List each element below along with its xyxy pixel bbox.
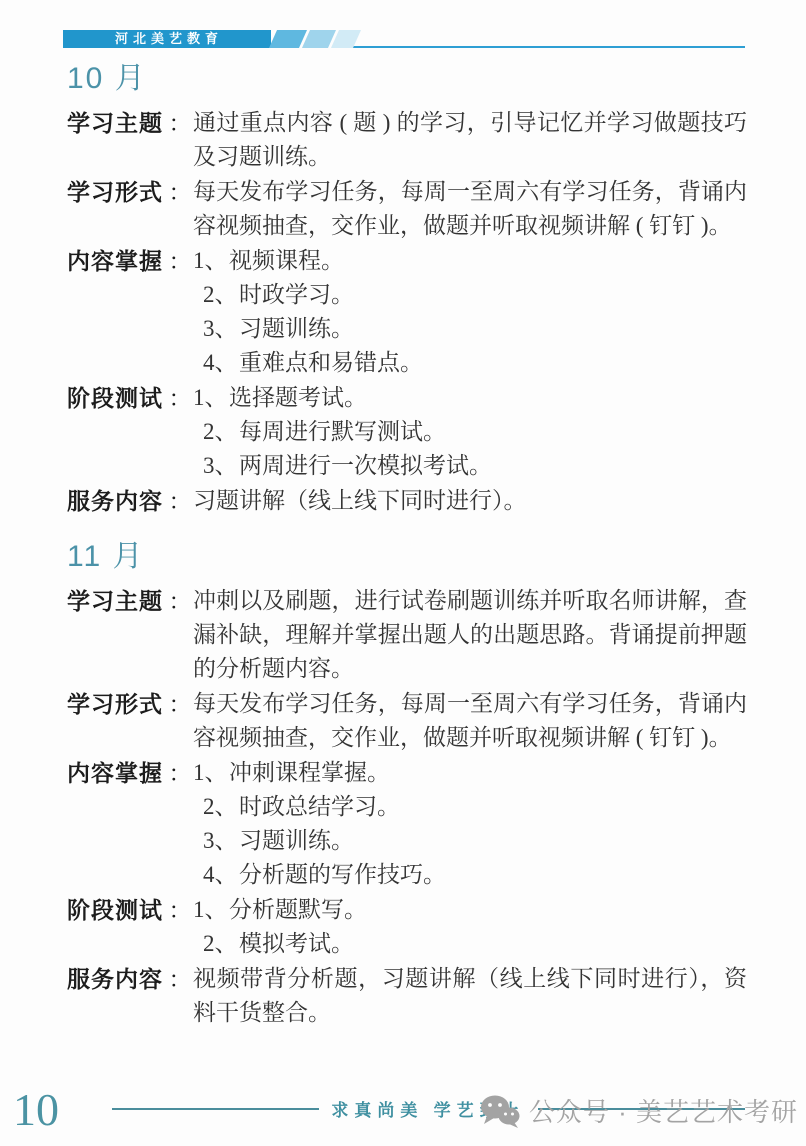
list-item: 3、 习题训练。: [203, 312, 747, 346]
item-number: 4、: [203, 346, 239, 380]
list-item: 1、 冲刺课程掌握。: [193, 756, 747, 790]
month-section-october: 10 月 学习主题 ： 通过重点内容 ( 题 ) 的学习，引导记忆并学习做题技巧…: [67, 60, 747, 518]
list-item: 3、 两周进行一次模拟考试。: [203, 449, 747, 483]
divider-line: [112, 1108, 319, 1110]
list-item: 1、 选择题考试。: [193, 381, 747, 415]
list-item: 4、 分析题的写作技巧。: [203, 858, 747, 892]
row-study-format: 学习形式 ： 每天发布学习任务，每周一至周六有学习任务，背诵内容视频抽查，交作业…: [67, 687, 747, 755]
row-content: 1、 分析题默写。 2、 模拟考试。: [193, 893, 747, 961]
row-content: 冲刺以及刷题，进行试卷刷题训练并听取名师讲解，查漏补缺，理解并掌握出题人的出题思…: [193, 584, 747, 686]
row-service-content: 服务内容 ： 习题讲解（线上线下同时进行）。: [67, 484, 747, 518]
item-number: 1、: [193, 893, 229, 927]
row-label: 学习形式: [67, 175, 167, 209]
document-body: 10 月 学习主题 ： 通过重点内容 ( 题 ) 的学习，引导记忆并学习做题技巧…: [0, 60, 806, 1030]
row-content: 1、 选择题考试。 2、 每周进行默写测试。 3、 两周进行一次模拟考试。: [193, 381, 747, 483]
month-heading: 10 月: [67, 60, 747, 98]
page-footer: 10 求真尚美 学艺致上 公众号 · 美艺艺术考研: [0, 1078, 806, 1146]
item-number: 2、: [203, 415, 239, 449]
row-label: 学习形式: [67, 687, 167, 721]
label-colon: ：: [167, 756, 193, 790]
item-text: 两周进行一次模拟考试。: [239, 449, 747, 483]
row-label: 内容掌握: [67, 244, 167, 278]
label-colon: ：: [167, 244, 193, 278]
row-content: 习题讲解（线上线下同时进行）。: [193, 484, 747, 518]
row-content-mastery: 内容掌握 ： 1、 冲刺课程掌握。 2、 时政总结学习。 3、 习题训练。 4、…: [67, 756, 747, 892]
item-number: 1、: [193, 756, 229, 790]
row-content: 每天发布学习任务，每周一至周六有学习任务，背诵内容视频抽查，交作业，做题并听取视…: [193, 175, 747, 243]
banner-chevron-icon: [269, 30, 307, 48]
page-number: 10: [13, 1082, 59, 1138]
list-item: 2、 时政总结学习。: [203, 790, 747, 824]
row-label: 服务内容: [67, 962, 167, 996]
list-item: 4、 重难点和易错点。: [203, 346, 747, 380]
item-text: 习题训练。: [239, 312, 747, 346]
brand-banner: 河北美艺教育: [63, 30, 271, 48]
item-text: 重难点和易错点。: [239, 346, 747, 380]
list-item: 1、 分析题默写。: [193, 893, 747, 927]
label-colon: ：: [167, 893, 193, 927]
row-stage-test: 阶段测试 ： 1、 分析题默写。 2、 模拟考试。: [67, 893, 747, 961]
item-number: 2、: [203, 927, 239, 961]
item-number: 2、: [203, 278, 239, 312]
row-content: 每天发布学习任务，每周一至周六有学习任务，背诵内容视频抽查，交作业，做题并听取视…: [193, 687, 747, 755]
item-number: 2、: [203, 790, 239, 824]
item-text: 时政总结学习。: [239, 790, 747, 824]
label-colon: ：: [167, 106, 193, 140]
row-label: 学习主题: [67, 584, 167, 618]
row-label: 内容掌握: [67, 756, 167, 790]
list-item: 3、 习题训练。: [203, 824, 747, 858]
list-item: 2、 每周进行默写测试。: [203, 415, 747, 449]
month-heading: 11 月: [67, 538, 747, 576]
row-content: 1、 冲刺课程掌握。 2、 时政总结学习。 3、 习题训练。 4、 分析题的写作…: [193, 756, 747, 892]
page-header: 河北美艺教育: [63, 30, 745, 48]
item-text: 习题训练。: [239, 824, 747, 858]
item-text: 分析题的写作技巧。: [239, 858, 747, 892]
wechat-icon: [480, 1094, 520, 1128]
item-number: 4、: [203, 858, 239, 892]
item-text: 冲刺课程掌握。: [229, 756, 747, 790]
row-content-mastery: 内容掌握 ： 1、 视频课程。 2、 时政学习。 3、 习题训练。 4、 重难点…: [67, 244, 747, 380]
row-label: 学习主题: [67, 106, 167, 140]
list-item: 2、 模拟考试。: [203, 927, 747, 961]
row-label: 服务内容: [67, 484, 167, 518]
row-content: 1、 视频课程。 2、 时政学习。 3、 习题训练。 4、 重难点和易错点。: [193, 244, 747, 380]
item-text: 模拟考试。: [239, 927, 747, 961]
label-colon: ：: [167, 381, 193, 415]
row-study-topic: 学习主题 ： 通过重点内容 ( 题 ) 的学习，引导记忆并学习做题技巧及习题训练…: [67, 106, 747, 174]
label-colon: ：: [167, 584, 193, 618]
item-text: 视频课程。: [229, 244, 747, 278]
item-text: 每周进行默写测试。: [239, 415, 747, 449]
item-number: 1、: [193, 244, 229, 278]
label-colon: ：: [167, 175, 193, 209]
row-content: 通过重点内容 ( 题 ) 的学习，引导记忆并学习做题技巧及习题训练。: [193, 106, 747, 174]
label-colon: ：: [167, 484, 193, 518]
item-text: 时政学习。: [239, 278, 747, 312]
label-colon: ：: [167, 687, 193, 721]
row-label: 阶段测试: [67, 893, 167, 927]
row-service-content: 服务内容 ： 视频带背分析题，习题讲解（线上线下同时进行），资料干货整合。: [67, 962, 747, 1030]
item-text: 分析题默写。: [229, 893, 747, 927]
watermark: 公众号 · 美艺艺术考研: [480, 1092, 798, 1129]
row-label: 阶段测试: [67, 381, 167, 415]
month-section-november: 11 月 学习主题 ： 冲刺以及刷题，进行试卷刷题训练并听取名师讲解，查漏补缺，…: [67, 538, 747, 1030]
watermark-text: 公众号 · 美艺艺术考研: [529, 1092, 798, 1129]
row-study-topic: 学习主题 ： 冲刺以及刷题，进行试卷刷题训练并听取名师讲解，查漏补缺，理解并掌握…: [67, 584, 747, 686]
header-rule: [353, 46, 745, 48]
row-study-format: 学习形式 ： 每天发布学习任务，每周一至周六有学习任务，背诵内容视频抽查，交作业…: [67, 175, 747, 243]
list-item: 1、 视频课程。: [193, 244, 747, 278]
item-number: 3、: [203, 312, 239, 346]
item-number: 3、: [203, 824, 239, 858]
item-number: 1、: [193, 381, 229, 415]
row-stage-test: 阶段测试 ： 1、 选择题考试。 2、 每周进行默写测试。 3、 两周进行一次模…: [67, 381, 747, 483]
item-text: 选择题考试。: [229, 381, 747, 415]
row-content: 视频带背分析题，习题讲解（线上线下同时进行），资料干货整合。: [193, 962, 747, 1030]
item-number: 3、: [203, 449, 239, 483]
list-item: 2、 时政学习。: [203, 278, 747, 312]
label-colon: ：: [167, 962, 193, 996]
